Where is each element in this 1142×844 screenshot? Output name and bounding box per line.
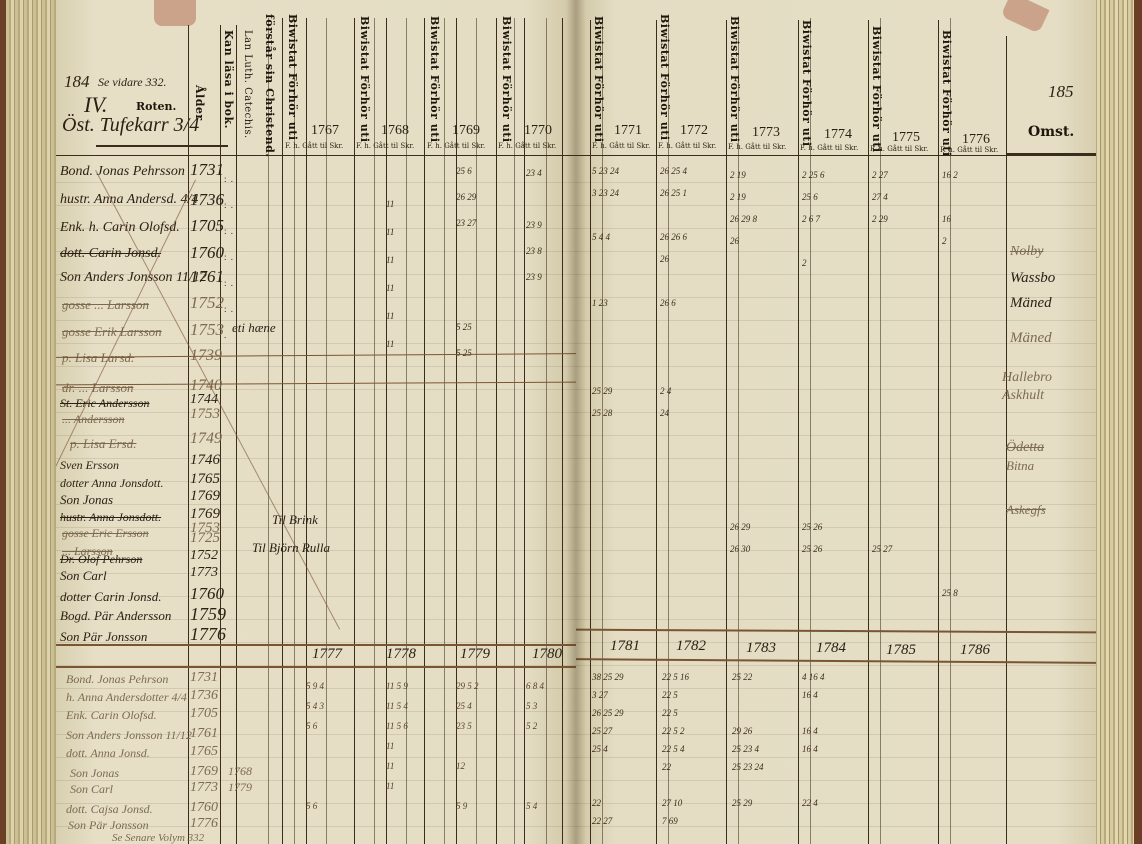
column-divider xyxy=(726,20,727,844)
omst-entry: Bitna xyxy=(1006,458,1034,474)
sub-header: F. h. Gått til Skr. xyxy=(285,142,343,150)
person-name: dr. ... Larsson xyxy=(62,380,134,396)
exam-marks: 26 25 426 25 1 26 26 626 26 6 2 424 xyxy=(660,160,687,424)
person-name: gosse Eric Ersson xyxy=(62,526,149,541)
year-label: 1771 xyxy=(614,123,642,139)
birth-year: 1776 xyxy=(190,816,218,832)
birth-year: 1761 xyxy=(190,267,224,287)
sub-header: F. h. Gått til Skr. xyxy=(870,145,928,153)
lower-year-label: 1777 xyxy=(312,646,342,663)
person-name: Son Carl xyxy=(60,568,107,584)
lower-exam-marks: 29 5 225 423 5 12 5 9 xyxy=(456,676,479,816)
sub-header: F. h. Gått til Skr. xyxy=(356,142,414,150)
exam-marks: 5 23 243 23 24 5 4 4 1 23 25 2925 28 xyxy=(592,160,619,424)
person-name: dott. Cajsa Jonsd. xyxy=(66,802,153,817)
birth-year: 1765 xyxy=(190,744,218,760)
birth-year: 1760 xyxy=(190,584,224,604)
header-examined-1770: Biwistat Förhör uti xyxy=(500,16,513,143)
column-divider xyxy=(656,20,657,844)
person-name: Son Jonas xyxy=(70,766,119,781)
lower-exam-marks: 6 8 45 35 2 5 4 xyxy=(526,676,544,816)
person-name: Bond. Jonas Pehrsson xyxy=(60,164,185,180)
person-name: Bogd. Pär Andersson xyxy=(60,608,171,624)
header-forstar: förstår sin Christend. xyxy=(263,14,276,158)
exam-marks: 23 4 23 923 823 9 xyxy=(526,160,542,290)
omst-underline xyxy=(1006,153,1096,155)
birth-year: 1752 xyxy=(190,548,218,564)
right-page: 185 Omst. Biwistat Förhör uti Biwistat F… xyxy=(576,0,1096,844)
lower-year-label: 1782 xyxy=(676,638,706,655)
person-name: Enk. Carin Olofsd. xyxy=(66,708,157,723)
header-luth-catech: Lan Luth. Catechis. xyxy=(242,30,253,139)
header-examined-1768: Biwistat Förhör uti xyxy=(358,16,371,143)
lower-exam-marks: 5 9 45 4 35 6 5 6 xyxy=(306,676,324,816)
header-examined-1773: Biwistat Förhör uti xyxy=(728,16,741,143)
person-name: Bond. Jonas Pehrson xyxy=(66,672,168,687)
year-label: 1768 xyxy=(381,123,409,139)
lower-year-label: 1779 xyxy=(460,646,490,663)
sub-header: F. h. Gått til Skr. xyxy=(800,144,858,152)
column-divider xyxy=(590,20,591,844)
person-note: eti hæne xyxy=(232,320,276,336)
lower-exam-marks: 38 25 293 2726 25 2925 2725 4 2222 27 xyxy=(592,668,624,830)
birth-year: 1773 xyxy=(190,565,218,581)
person-name: p. Lisa Ersd. xyxy=(70,436,136,452)
omst-entry: Askegfs xyxy=(1006,502,1046,518)
year-label: 1770 xyxy=(524,123,552,139)
lower-exam-marks: 22 5 1622 522 522 5 222 5 422 27 107 69 xyxy=(662,668,689,830)
birth-year: 1761 xyxy=(190,726,218,742)
lower-exam-marks: 25 22 29 2625 23 425 23 24 25 29 xyxy=(732,668,764,812)
lower-year-label: 1783 xyxy=(746,640,776,657)
lower-year-label: 1784 xyxy=(816,640,846,657)
person-name: h. Anna Andersdotter 4/4 xyxy=(66,690,187,705)
lower-exam-marks: 11 5 911 5 411 5 6111111 xyxy=(386,676,408,796)
lower-year-label: 1781 xyxy=(610,638,640,655)
person-name: dotter Anna Jonsdott. xyxy=(60,476,163,491)
sub-header: F. h. Gått til Skr. xyxy=(658,142,716,150)
person-name: Son Anders Jonsson 11/12 xyxy=(60,270,207,286)
birth-year: 1760 xyxy=(190,243,224,263)
book-gutter xyxy=(566,0,586,844)
reading-marks: : .: .: .: .: .: .. xyxy=(224,166,234,348)
book-left-page-edges xyxy=(0,0,62,844)
column-divider xyxy=(282,18,283,844)
column-divider xyxy=(424,18,425,844)
column-divider xyxy=(868,20,869,844)
year-label: 1772 xyxy=(680,123,708,139)
omst-entry: Wassbo xyxy=(1010,270,1055,287)
birth-year: 1753 xyxy=(190,406,220,423)
bookmark-tab xyxy=(1000,0,1049,34)
birth-year: 1765 xyxy=(190,471,220,488)
birth-year: 1760 xyxy=(190,800,218,816)
column-divider xyxy=(798,20,799,844)
header-examined-1774: Biwistat Förhör uti xyxy=(800,20,813,147)
exam-marks: 2 2727 42 29 25 27 xyxy=(872,164,892,560)
year-label: 1767 xyxy=(311,123,339,139)
sub-header: F. h. Gått til Skr. xyxy=(728,143,786,151)
person-name: St. Eric Andersson xyxy=(60,396,149,411)
page-number: 184 xyxy=(64,72,90,92)
birth-year: 1759 xyxy=(190,604,226,625)
birth-year: 1725 xyxy=(190,530,220,547)
column-divider xyxy=(354,18,355,844)
person-name: Son Jonas xyxy=(60,492,113,508)
birth-year: 1731 xyxy=(190,160,224,180)
lower-exam-marks: 4 16 416 4 16 416 4 22 4 xyxy=(802,668,825,812)
birth-year: 1705 xyxy=(190,216,224,236)
column-divider xyxy=(938,20,939,844)
birth-year: 1776 xyxy=(190,624,226,645)
sub-header: F. h. Gått til Skr. xyxy=(498,142,556,150)
year-label: 1774 xyxy=(824,127,852,143)
column-divider xyxy=(496,18,497,844)
birth-year: 1746 xyxy=(190,452,220,469)
page-number: 185 xyxy=(1048,82,1074,102)
exam-marks: 2 25 625 62 6 7 2 25 2625 26 xyxy=(802,164,825,560)
column-divider xyxy=(562,18,563,844)
move-year: 1768 xyxy=(228,764,252,779)
birth-year: 1749 xyxy=(190,430,222,448)
person-name: hustr. Anna Andersd. 4/4 xyxy=(60,192,198,208)
lower-year-label: 1780 xyxy=(532,646,562,663)
bookmark-tab xyxy=(154,0,196,26)
person-name: Son Pär Jonsson xyxy=(60,629,147,645)
header-alder: Ålder xyxy=(193,85,206,121)
person-name: dotter Carin Jonsd. xyxy=(60,589,161,605)
lower-year-label: 1785 xyxy=(886,642,916,659)
person-name: p. Lisa Larsd. xyxy=(62,350,134,366)
person-name: ... Andersson xyxy=(62,412,124,427)
reference-note: Se vidare 332. xyxy=(98,75,167,90)
lower-year-label: 1786 xyxy=(960,642,990,659)
person-name: Son Pär Jonsson xyxy=(68,818,149,833)
omst-entry: Nolby xyxy=(1010,244,1043,260)
omst-entry: Askhult xyxy=(1002,388,1044,404)
birth-year: 1752 xyxy=(190,293,224,313)
person-name: hustr. Anna Jonsdott. xyxy=(60,510,161,525)
person-name: Sven Ersson xyxy=(60,458,119,473)
header-bottom-rule xyxy=(576,155,1096,156)
header-omst: Omst. xyxy=(1028,124,1074,140)
exam-marks: 16 2 162 25 8 xyxy=(942,164,958,604)
section-divider xyxy=(56,666,576,668)
year-label: 1773 xyxy=(752,125,780,141)
sub-header: F. h. Gått til Skr. xyxy=(940,146,998,154)
birth-year: 1769 xyxy=(190,764,218,780)
header-bottom-rule xyxy=(56,155,576,156)
person-note: Til Björn Rulla xyxy=(252,540,330,556)
year-label: 1775 xyxy=(892,130,920,146)
birth-year: 1773 xyxy=(190,780,218,796)
exam-marks: 25 626 2923 27 5 255 25 xyxy=(456,158,476,366)
birth-year: 1753 xyxy=(190,320,224,340)
exam-marks: 2 192 1926 29 826 26 2926 30 xyxy=(730,164,757,560)
lower-year-label: 1778 xyxy=(386,646,416,663)
book-right-page-edges xyxy=(1092,0,1142,844)
farm-name: Öst. Tufekarr 3/4 xyxy=(62,114,199,137)
column-divider xyxy=(188,25,189,844)
person-name: Son Anders Jonsson 11/12 xyxy=(66,728,192,743)
header-examined-1772: Biwistat Förhör uti xyxy=(658,14,671,141)
header-examined-1769: Biwistat Förhör uti xyxy=(428,16,441,143)
omst-entry: Mäned xyxy=(1010,295,1052,312)
person-name: Son Carl xyxy=(70,782,113,797)
move-year: 1779 xyxy=(228,780,252,795)
header-underline xyxy=(96,145,228,147)
person-name: dott. Carin Jonsd. xyxy=(60,246,161,262)
left-page: 184 Se vidare 332. IV. Roten. Öst. Tufek… xyxy=(56,0,576,844)
sub-header: F. h. Gått til Skr. xyxy=(427,142,485,150)
footer-note: Se Senare Volym 332 xyxy=(112,832,204,844)
rote-label: Roten. xyxy=(136,100,176,113)
birth-year: 1731 xyxy=(190,670,218,686)
person-name: Dr. Olof Pehrson xyxy=(60,552,142,567)
person-name: dott. Anna Jonsd. xyxy=(66,746,150,761)
birth-year: 1736 xyxy=(190,688,218,704)
omst-entry: Mäned xyxy=(1010,330,1052,347)
year-label: 1769 xyxy=(452,123,480,139)
omst-entry: Hallebro xyxy=(1002,370,1052,386)
person-name: gosse Erik Larsson xyxy=(62,324,162,340)
omst-entry: Ödetta xyxy=(1006,440,1044,456)
header-examined-1775: Biwistat Förhör uti xyxy=(870,26,883,153)
header-examined-1771: Biwistat Förhör uti xyxy=(592,16,605,143)
header-examined-1767: Biwistat Förhör uti xyxy=(286,14,299,141)
sub-header: F. h. Gått til Skr. xyxy=(592,142,650,150)
birth-year: 1705 xyxy=(190,706,218,722)
birth-year: 1736 xyxy=(190,190,224,210)
header-kan-lasa: Kan läsa i bok. xyxy=(222,30,235,129)
header-examined-1776: Biwistat Förhör uti xyxy=(940,30,953,157)
person-name: Enk. h. Carin Olofsd. xyxy=(60,220,180,236)
exam-marks: 111111111111 xyxy=(386,190,394,358)
birth-year: 1769 xyxy=(190,488,220,505)
